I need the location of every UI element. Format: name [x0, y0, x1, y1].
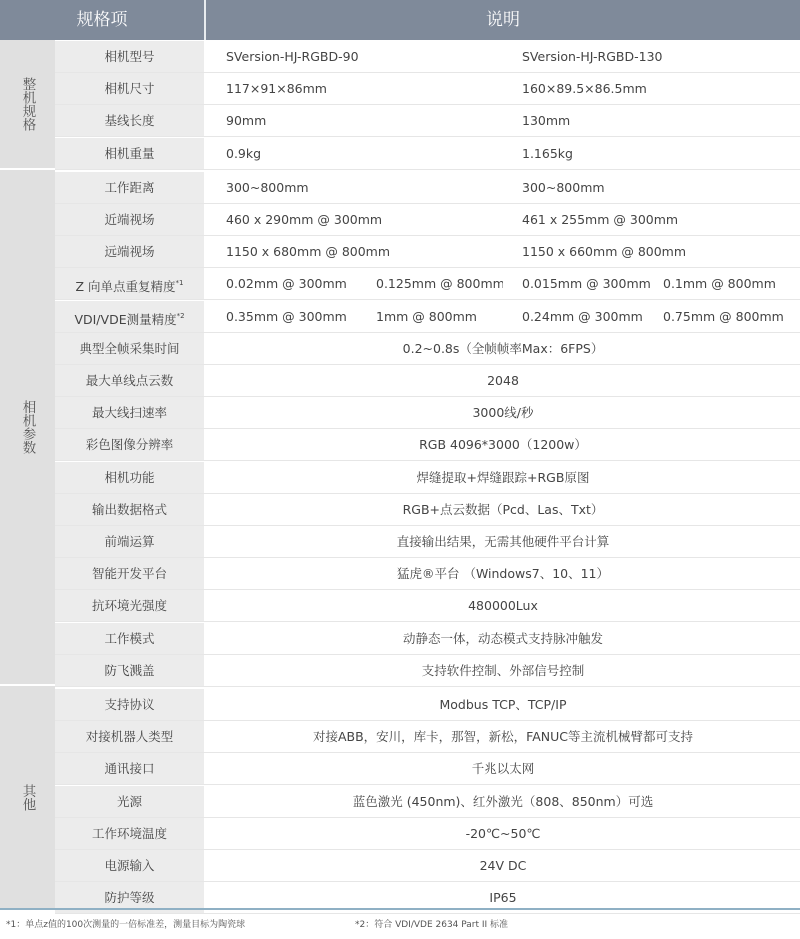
value-far: 0.75mm @ 800mm — [663, 301, 784, 332]
table-row: 典型全帧采集时间0.2~0.8s（全帧帧率Max：6FPS） — [55, 333, 800, 365]
table-row: 相机型号SVersion-HJ-RGBD-90SVersion-HJ-RGBD-… — [55, 41, 800, 73]
row-label-text: 电源输入 — [104, 858, 154, 873]
row-label: VDI/VDE测量精度*2 — [55, 301, 204, 332]
value-model-90: 90mm — [206, 105, 501, 136]
value-model-90: 300~800mm — [206, 172, 501, 203]
row-label: 基线长度 — [55, 105, 204, 136]
value-shared: 动静态一体，动态模式支持脉冲触发 — [206, 623, 800, 654]
table-row: 通讯接口千兆以太网 — [55, 753, 800, 785]
value-shared: RGB+点云数据（Pcd、Las、Txt） — [206, 494, 800, 525]
row-label-text: 输出数据格式 — [92, 502, 167, 517]
row-label-text: 光源 — [117, 794, 142, 809]
row-label: 输出数据格式 — [55, 494, 204, 525]
value-model-90: 0.9kg — [206, 138, 501, 169]
value-model-130: 300~800mm — [503, 172, 800, 203]
value-shared: 焊缝提取+焊缝跟踪+RGB原图 — [206, 462, 800, 493]
row-divider — [55, 913, 800, 914]
table-row: 基线长度90mm130mm — [55, 105, 800, 137]
table-row: 防飞溅盖支持软件控制、外部信号控制 — [55, 655, 800, 687]
row-label-text: 彩色图像分辨率 — [86, 437, 174, 452]
row-label: 近端视场 — [55, 204, 204, 235]
row-label-text: 支持协议 — [104, 697, 154, 712]
table-row: 前端运算直接输出结果，无需其他硬件平台计算 — [55, 526, 800, 558]
row-label: 最大单线点云数 — [55, 365, 204, 396]
table-row: VDI/VDE测量精度*20.35mm @ 300mm1mm @ 800mm0.… — [55, 301, 800, 333]
row-label-text: 通讯接口 — [104, 761, 154, 776]
group-label: 整机规格 — [21, 77, 35, 131]
header-spec-item: 规格项 — [0, 0, 204, 40]
row-label-text: 典型全帧采集时间 — [79, 341, 179, 356]
row-label: 智能开发平台 — [55, 558, 204, 589]
value-model-130: 0.015mm @ 300mm0.1mm @ 800mm — [503, 268, 800, 299]
value-shared: 0.2~0.8s（全帧帧率Max：6FPS） — [206, 333, 800, 364]
table-row: 相机重量0.9kg1.165kg — [55, 138, 800, 170]
row-divider — [55, 169, 800, 170]
value-shared: 支持软件控制、外部信号控制 — [206, 655, 800, 686]
footnote-2: *2：符合 VDI/VDE 2634 Part II 标准 — [355, 917, 508, 930]
table-row: 工作环境温度-20℃~50℃ — [55, 818, 800, 850]
value-near: 0.02mm @ 300mm — [226, 268, 347, 299]
value-near: 0.24mm @ 300mm — [522, 301, 643, 332]
value-near: 0.015mm @ 300mm — [522, 268, 651, 299]
row-label: 光源 — [55, 786, 204, 817]
table-row: 相机功能焊缝提取+焊缝跟踪+RGB原图 — [55, 462, 800, 494]
table-row: 近端视场460 x 290mm @ 300mm461 x 255mm @ 300… — [55, 204, 800, 236]
table-row: 电源输入24V DC — [55, 850, 800, 882]
value-model-90: 0.35mm @ 300mm1mm @ 800mm — [206, 301, 501, 332]
table-row: 输出数据格式RGB+点云数据（Pcd、Las、Txt） — [55, 494, 800, 526]
row-label-text: 智能开发平台 — [92, 566, 167, 581]
row-label-text: 防飞溅盖 — [104, 663, 154, 678]
table-row: 工作模式动静态一体，动态模式支持脉冲触发 — [55, 623, 800, 655]
row-label-text: 相机型号 — [104, 49, 154, 64]
footnote-1: *1：单点z值的100次测量的一倍标准差，测量目标为陶瓷球 — [6, 917, 245, 930]
value-near: 0.35mm @ 300mm — [226, 301, 347, 332]
row-label-text: 工作距离 — [104, 180, 154, 195]
value-shared: 24V DC — [206, 850, 800, 881]
table-row: 对接机器人类型对接ABB，安川，库卡，那智，新松，FANUC等主流机械臂都可支持 — [55, 721, 800, 753]
value-model-130: 461 x 255mm @ 300mm — [503, 204, 800, 235]
table-row: 工作距离300~800mm300~800mm — [55, 172, 800, 204]
value-far: 1mm @ 800mm — [376, 301, 477, 332]
value-shared: 猛虎®平台 （Windows7、10、11） — [206, 558, 800, 589]
table-row: 智能开发平台猛虎®平台 （Windows7、10、11） — [55, 558, 800, 590]
row-label-text: 防护等级 — [104, 890, 154, 905]
value-model-90: 1150 x 680mm @ 800mm — [206, 236, 501, 267]
row-label: 前端运算 — [55, 526, 204, 557]
table-header: 规格项 说明 — [0, 0, 800, 40]
row-label: 电源输入 — [55, 850, 204, 881]
value-shared: -20℃~50℃ — [206, 818, 800, 849]
footnote-marker: *1 — [176, 279, 184, 287]
table-row: 彩色图像分辨率RGB 4096*3000（1200w） — [55, 429, 800, 461]
row-label-text: Z 向单点重复精度 — [75, 279, 175, 294]
group-machine-spec: 整机规格 — [0, 40, 55, 168]
value-model-130: 130mm — [503, 105, 800, 136]
row-label: 工作模式 — [55, 623, 204, 654]
row-label: 彩色图像分辨率 — [55, 429, 204, 460]
header-description: 说明 — [206, 0, 800, 40]
value-shared: Modbus TCP、TCP/IP — [206, 689, 800, 720]
value-shared: 千兆以太网 — [206, 753, 800, 784]
row-label: 防飞溅盖 — [55, 655, 204, 686]
row-label: 典型全帧采集时间 — [55, 333, 204, 364]
value-shared: 直接输出结果，无需其他硬件平台计算 — [206, 526, 800, 557]
value-model-90: 460 x 290mm @ 300mm — [206, 204, 501, 235]
value-model-90: SVersion-HJ-RGBD-90 — [206, 41, 501, 72]
row-label-text: 工作环境温度 — [92, 826, 167, 841]
row-label: 相机功能 — [55, 462, 204, 493]
value-model-130: 1150 x 660mm @ 800mm — [503, 236, 800, 267]
value-model-90: 0.02mm @ 300mm0.125mm @ 800mm — [206, 268, 501, 299]
row-label-text: 近端视场 — [104, 212, 154, 227]
row-label-text: 最大线扫速率 — [92, 405, 167, 420]
row-label-text: 工作模式 — [104, 631, 154, 646]
row-label-text: 最大单线点云数 — [86, 373, 174, 388]
table-row: 抗环境光强度480000Lux — [55, 590, 800, 622]
table-row: Z 向单点重复精度*10.02mm @ 300mm0.125mm @ 800mm… — [55, 268, 800, 300]
row-label: 相机尺寸 — [55, 73, 204, 104]
value-shared: 蓝色激光 (450nm)、红外激光（808、850nm）可选 — [206, 786, 800, 817]
row-label: 工作环境温度 — [55, 818, 204, 849]
value-model-130: 160×89.5×86.5mm — [503, 73, 800, 104]
row-label: 抗环境光强度 — [55, 590, 204, 621]
row-label: 最大线扫速率 — [55, 397, 204, 428]
table-bottom-border — [0, 908, 800, 910]
table-row: 远端视场1150 x 680mm @ 800mm1150 x 660mm @ 8… — [55, 236, 800, 268]
group-label: 其他 — [21, 784, 35, 811]
value-shared: 对接ABB，安川，库卡，那智，新松，FANUC等主流机械臂都可支持 — [206, 721, 800, 752]
row-label-text: 前端运算 — [104, 534, 154, 549]
row-label: 对接机器人类型 — [55, 721, 204, 752]
row-label-text: 对接机器人类型 — [86, 729, 174, 744]
group-camera-params: 相机参数 — [0, 170, 55, 684]
row-divider — [55, 686, 800, 687]
row-label-text: VDI/VDE测量精度 — [74, 312, 176, 327]
group-label: 相机参数 — [21, 400, 35, 454]
row-label: Z 向单点重复精度*1 — [55, 268, 204, 299]
table-row: 最大单线点云数2048 — [55, 365, 800, 397]
row-label: 相机重量 — [55, 138, 204, 169]
table-row: 最大线扫速率3000线/秒 — [55, 397, 800, 429]
value-shared: 480000Lux — [206, 590, 800, 621]
table-row: 光源蓝色激光 (450nm)、红外激光（808、850nm）可选 — [55, 786, 800, 818]
row-label-text: 相机功能 — [104, 470, 154, 485]
row-label: 相机型号 — [55, 41, 204, 72]
value-model-90: 117×91×86mm — [206, 73, 501, 104]
row-label: 通讯接口 — [55, 753, 204, 784]
row-label: 工作距离 — [55, 172, 204, 203]
value-shared: 2048 — [206, 365, 800, 396]
row-label-text: 相机尺寸 — [104, 81, 154, 96]
value-far: 0.125mm @ 800mm — [376, 268, 505, 299]
value-model-130: 1.165kg — [503, 138, 800, 169]
row-label-text: 相机重量 — [104, 146, 154, 161]
row-label-text: 基线长度 — [104, 113, 154, 128]
row-label: 远端视场 — [55, 236, 204, 267]
table-row: 支持协议Modbus TCP、TCP/IP — [55, 689, 800, 721]
value-model-130: SVersion-HJ-RGBD-130 — [503, 41, 800, 72]
value-far: 0.1mm @ 800mm — [663, 268, 776, 299]
group-others: 其他 — [0, 686, 55, 908]
value-shared: RGB 4096*3000（1200w） — [206, 429, 800, 460]
table-row: 相机尺寸117×91×86mm160×89.5×86.5mm — [55, 73, 800, 105]
value-shared: 3000线/秒 — [206, 397, 800, 428]
row-label-text: 远端视场 — [104, 244, 154, 259]
footnote-marker: *2 — [177, 312, 185, 320]
value-model-130: 0.24mm @ 300mm0.75mm @ 800mm — [503, 301, 800, 332]
row-label: 支持协议 — [55, 689, 204, 720]
row-label-text: 抗环境光强度 — [92, 598, 167, 613]
